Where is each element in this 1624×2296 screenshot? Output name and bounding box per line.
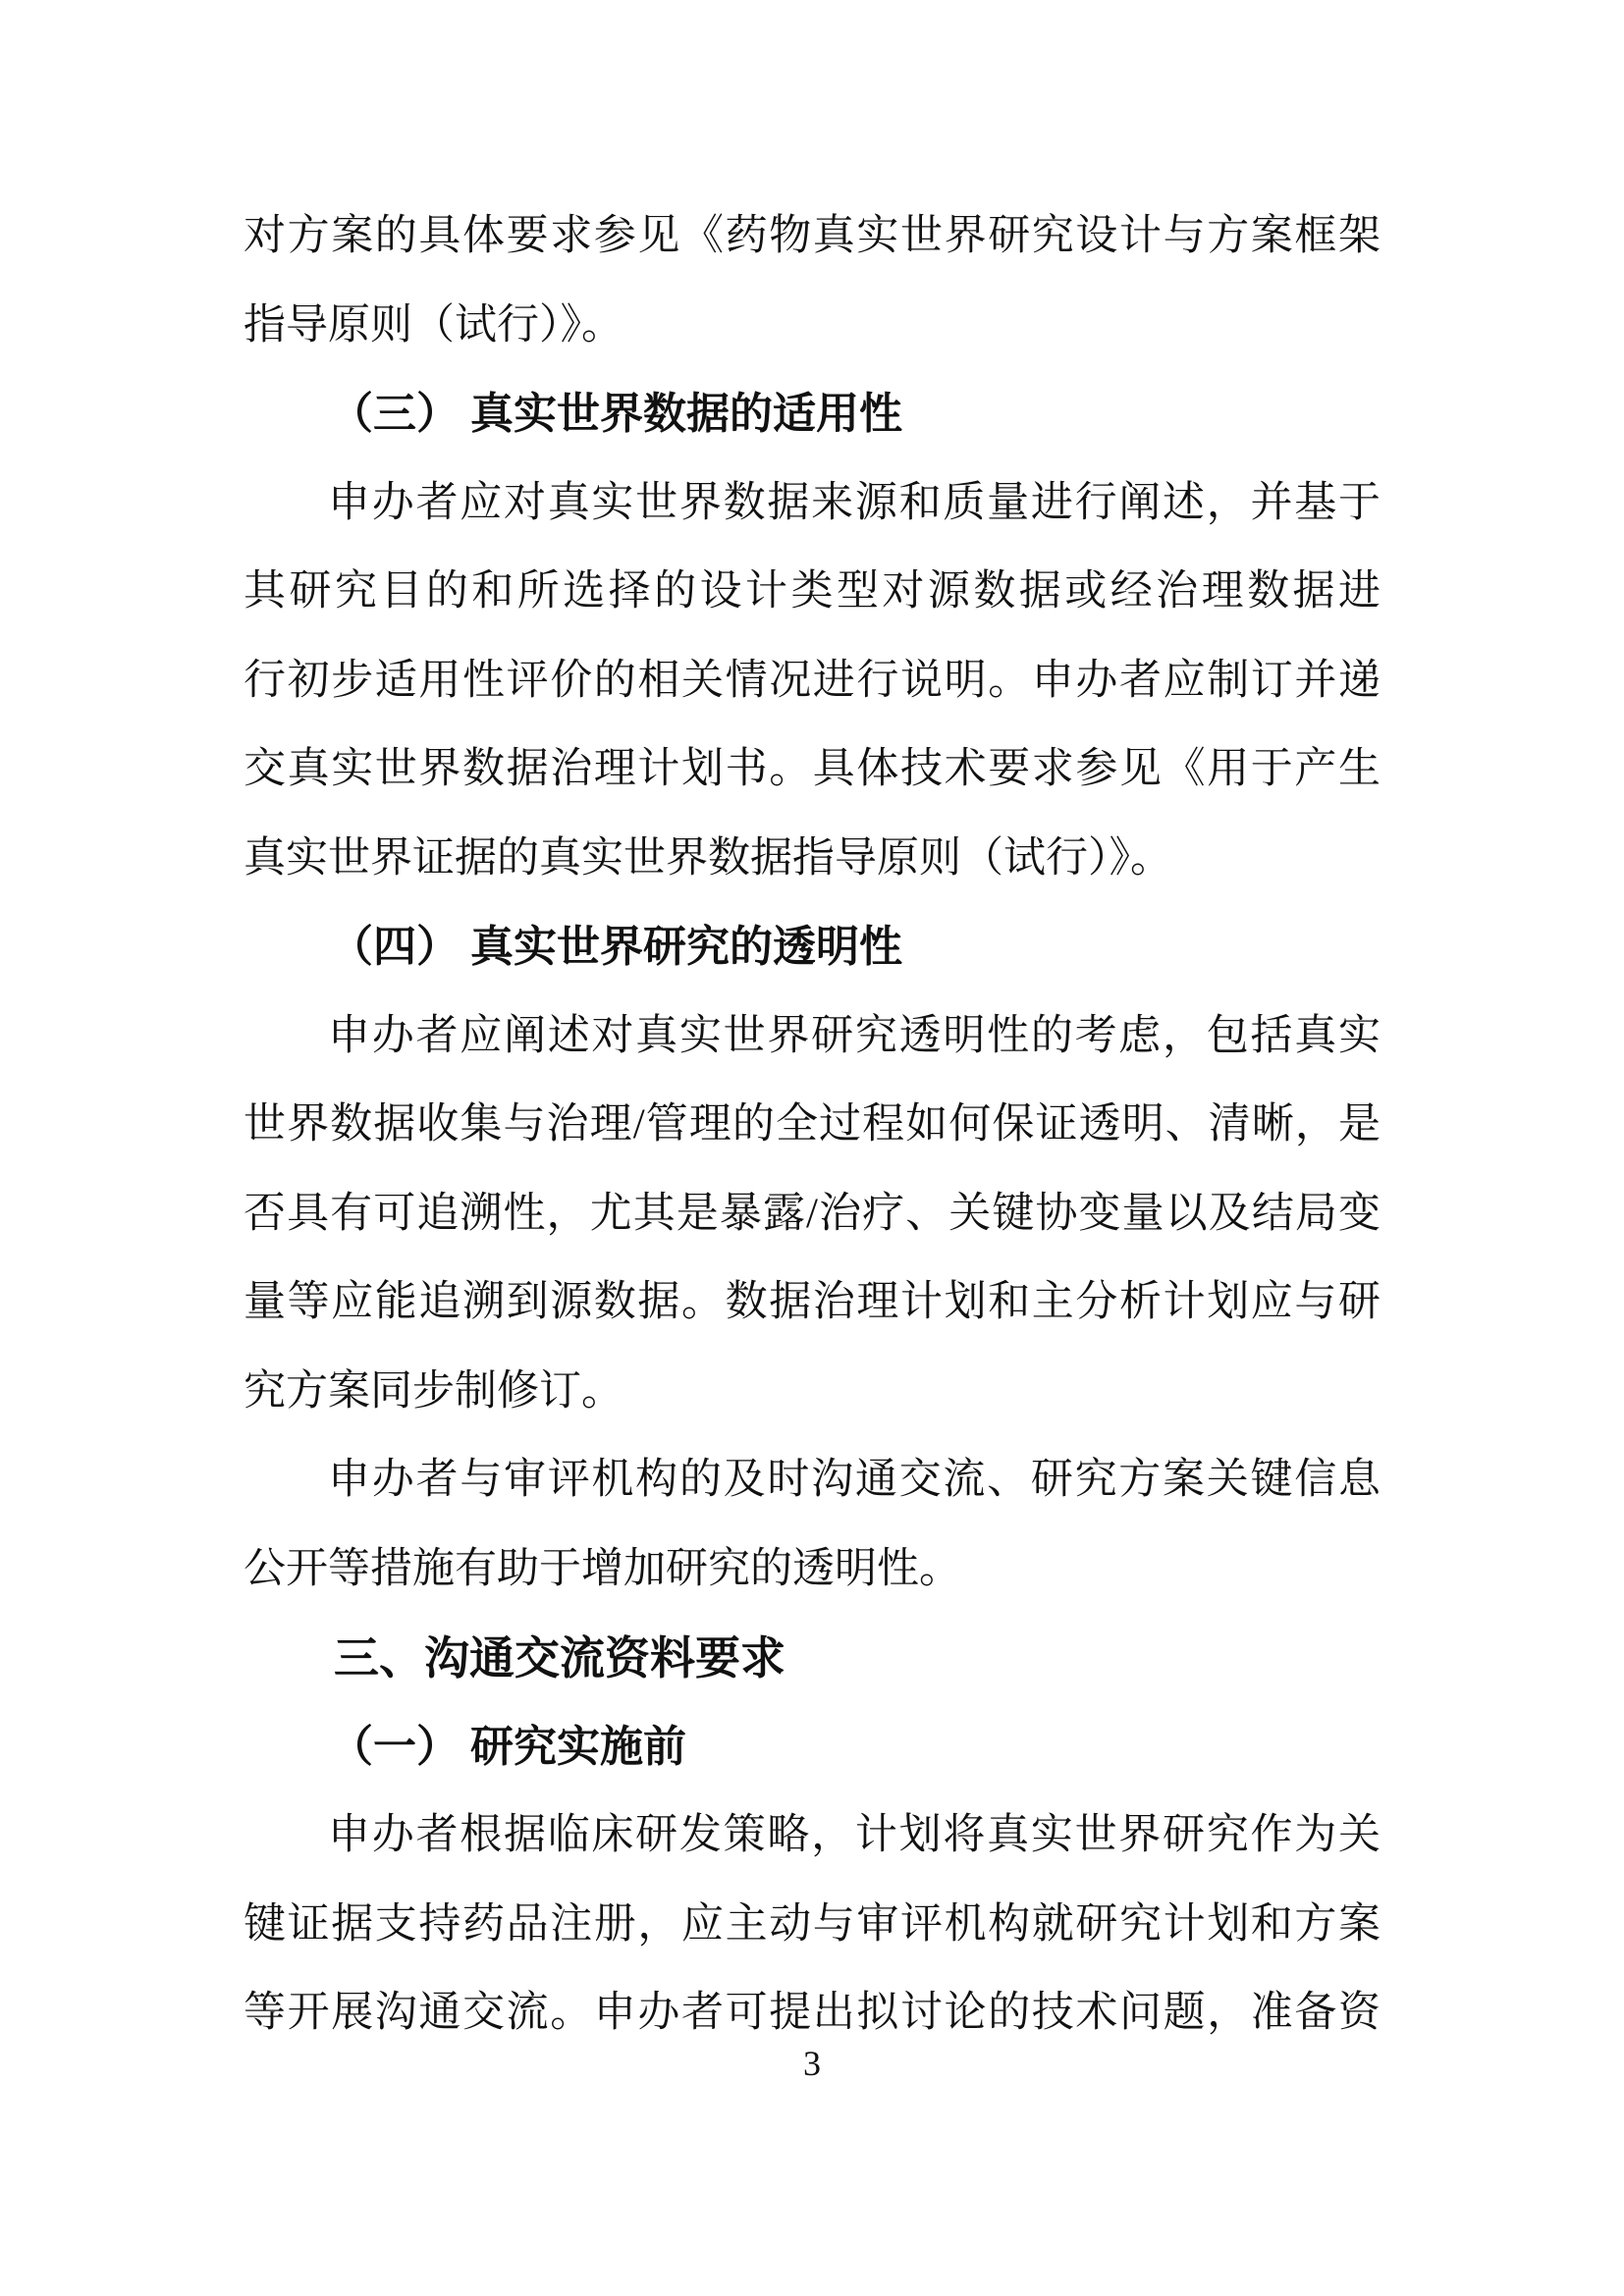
text-line: 真实世界证据的真实世界数据指导原则（试行）》。 <box>244 815 1380 904</box>
text-line: 申办者应对真实世界数据来源和质量进行阐述，并基于 <box>244 459 1380 549</box>
page-number: 3 <box>0 2044 1624 2083</box>
chapter-heading: 三、沟通交流资料要求 <box>244 1614 1380 1703</box>
text-line: 申办者根据临床研发策略，计划将真实世界研究作为关 <box>244 1791 1380 1881</box>
document-page: 对方案的具体要求参见《药物真实世界研究设计与方案框架 指导原则（试行）》。 （三… <box>0 0 1624 2296</box>
section-heading-3: （三） 真实世界数据的适用性 <box>244 370 1380 459</box>
text-line: 行初步适用性评价的相关情况进行说明。申办者应制订并递 <box>244 637 1380 726</box>
text-line: 否具有可追溯性，尤其是暴露/治疗、关键协变量以及结局变 <box>244 1170 1380 1259</box>
section-heading-4: （四） 真实世界研究的透明性 <box>244 903 1380 992</box>
text-line: 申办者应阐述对真实世界研究透明性的考虑，包括真实 <box>244 992 1380 1082</box>
text-line: 公开等措施有助于增加研究的透明性。 <box>244 1525 1380 1615</box>
text-line: 量等应能追溯到源数据。数据治理计划和主分析计划应与研 <box>244 1258 1380 1348</box>
text-line: 交真实世界数据治理计划书。具体技术要求参见《用于产生 <box>244 725 1380 815</box>
text-line: 键证据支持药品注册，应主动与审评机构就研究计划和方案 <box>244 1881 1380 1970</box>
document-text-block: 对方案的具体要求参见《药物真实世界研究设计与方案框架 指导原则（试行）》。 （三… <box>244 192 1380 2058</box>
text-line: 世界数据收集与治理/管理的全过程如何保证透明、清晰，是 <box>244 1081 1380 1170</box>
text-line: 申办者与审评机构的及时沟通交流、研究方案关键信息 <box>244 1436 1380 1525</box>
text-line: 其研究目的和所选择的设计类型对源数据或经治理数据进 <box>244 548 1380 637</box>
section-heading-1: （一） 研究实施前 <box>244 1703 1380 1792</box>
text-line: 对方案的具体要求参见《药物真实世界研究设计与方案框架 <box>244 192 1380 282</box>
text-line: 指导原则（试行）》。 <box>244 282 1380 371</box>
text-line: 究方案同步制修订。 <box>244 1348 1380 1437</box>
